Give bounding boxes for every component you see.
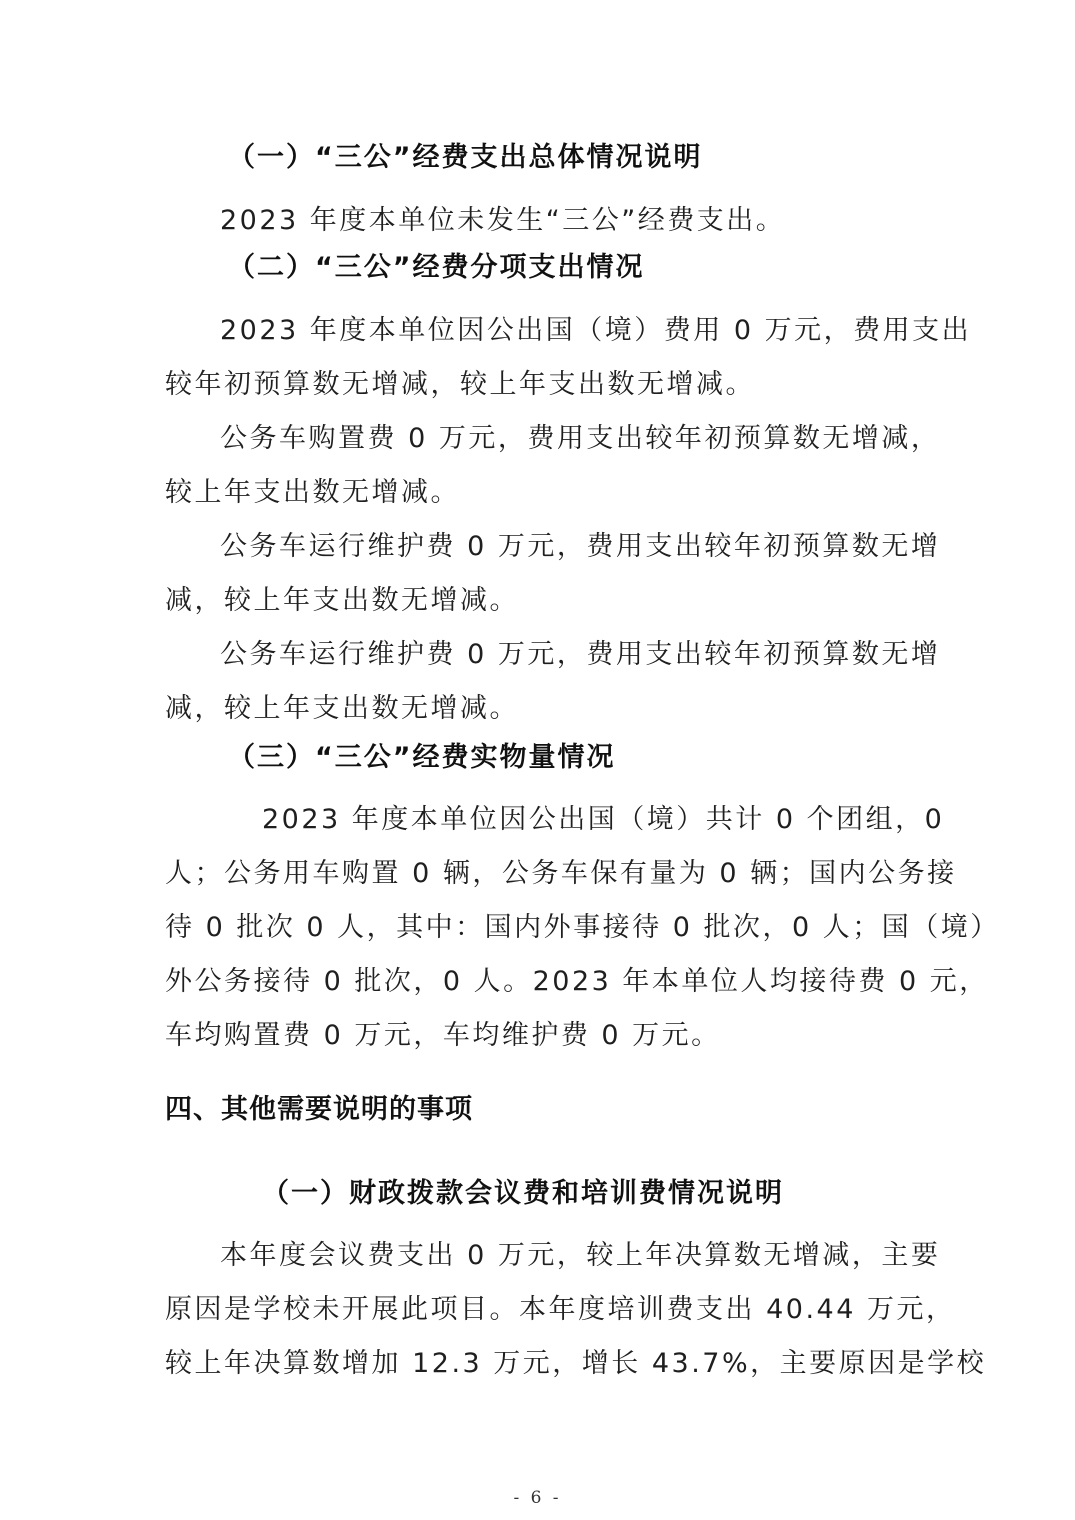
paragraph-line: 外公务接待 0 批次，0 人。2023 年本单位人均接待费 0 元， [165,964,989,1000]
paragraph-line: 公务车购置费 0 万元，费用支出较年初预算数无增减， [220,421,940,457]
paragraph-overall: 2023 年度本单位未发生“三公”经费支出。 [220,203,785,239]
section-heading-physical: （三）“三公”经费实物量情况 [228,740,616,776]
paragraph-line: 车均购置费 0 万元，车均维护费 0 万元。 [165,1018,721,1054]
paragraph-line: 减，较上年支出数无增减。 [165,691,519,727]
paragraph-line: 较年初预算数无增减，较上年支出数无增减。 [165,367,755,403]
paragraph-line: 较上年支出数无增减。 [165,475,460,511]
paragraph-line: 待 0 批次 0 人，其中：国内外事接待 0 批次，0 人；国（境） [165,910,1000,946]
paragraph-line: 原因是学校未开展此项目。本年度培训费支出 40.44 万元， [165,1292,955,1328]
section-heading-itemized: （二）“三公”经费分项支出情况 [228,250,645,286]
page-number: - 6 - [0,1488,1075,1508]
section-heading-meeting-training: （一）财政拨款会议费和培训费情况说明 [262,1176,784,1212]
paragraph-line: 公务车运行维护费 0 万元，费用支出较年初预算数无增 [220,529,940,565]
paragraph-line: 减，较上年支出数无增减。 [165,583,519,619]
paragraph-line: 2023 年度本单位因公出国（境）共计 0 个团组，0 [262,802,944,838]
paragraph-line: 2023 年度本单位因公出国（境）费用 0 万元，费用支出 [220,313,971,349]
paragraph-line: 公务车运行维护费 0 万元，费用支出较年初预算数无增 [220,637,940,673]
paragraph-line: 本年度会议费支出 0 万元，较上年决算数无增减，主要 [220,1238,940,1274]
document-page: （一）“三公”经费支出总体情况说明 2023 年度本单位未发生“三公”经费支出。… [0,0,1075,1520]
main-heading-other-matters: 四、其他需要说明的事项 [165,1092,473,1128]
section-heading-overall: （一）“三公”经费支出总体情况说明 [228,140,703,176]
paragraph-line: 人；公务用车购置 0 辆，公务车保有量为 0 辆；国内公务接 [165,856,957,892]
paragraph-line: 较上年决算数增加 12.3 万元，增长 43.7%，主要原因是学校 [165,1346,986,1382]
